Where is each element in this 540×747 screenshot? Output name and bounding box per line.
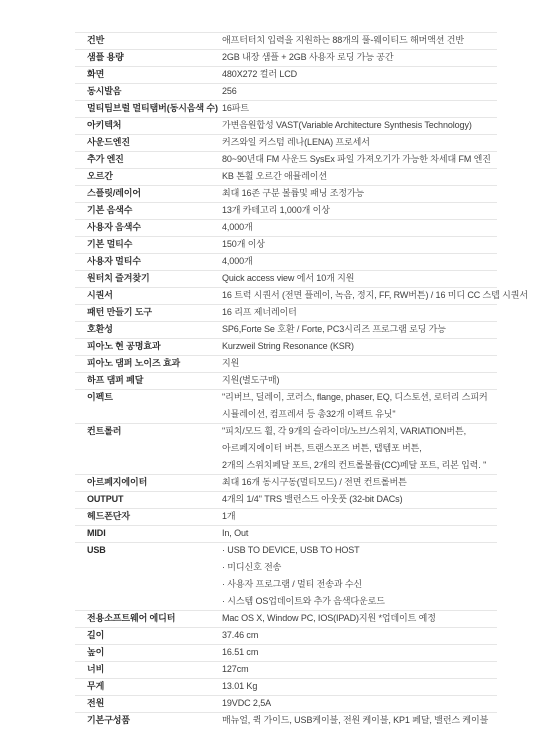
- spec-table-row: 하프 댐퍼 페달 지원(별도구매): [75, 372, 497, 389]
- spec-table-row: USB · USB TO DEVICE, USB TO HOST· 미디신호 전…: [75, 542, 497, 610]
- spec-table-row: 기본 음색수 13개 카테고리 1,000개 이상: [75, 202, 497, 219]
- spec-value-line: 13개 카테고리 1,000개 이상: [222, 202, 497, 219]
- spec-value-line: 애프터터치 입력을 지원하는 88개의 풀-웨이티드 해머액션 건반: [222, 32, 497, 49]
- spec-value: 4개의 1/4" TRS 밸런스드 아웃풋 (32-bit DACs): [222, 491, 497, 508]
- spec-table-row: 기본 멀티수 150개 이상: [75, 236, 497, 253]
- spec-label: 오르간: [75, 168, 222, 185]
- spec-value: 최대 16개 동시구동(멀티모드) / 전면 컨트롤버튼: [222, 474, 497, 491]
- spec-label: 컨트롤러: [75, 423, 222, 440]
- spec-value-line: 커즈와일 커스텀 레나(LENA) 프로세서: [222, 134, 497, 151]
- spec-value-line: Quick access view 에서 10개 지원: [222, 270, 497, 287]
- spec-table-row: 전용소프트웨어 에디터 Mac OS X, Window PC, IOS(IPA…: [75, 610, 497, 627]
- spec-table-row: 너비 127cm: [75, 661, 497, 678]
- spec-label: 사용자 음색수: [75, 219, 222, 236]
- spec-value: 커즈와일 커스텀 레나(LENA) 프로세서: [222, 134, 497, 151]
- spec-value-line: 최대 16개 동시구동(멀티모드) / 전면 컨트롤버튼: [222, 474, 497, 491]
- spec-value-line: KB 톤휠 오르간 애뮬레이션: [222, 168, 497, 185]
- spec-label: OUTPUT: [75, 491, 222, 508]
- spec-value-line: 아르페지에이터 버튼, 트랜스포즈 버튼, 탭템포 버튼,: [222, 440, 497, 457]
- spec-label: 길이: [75, 627, 222, 644]
- spec-value-line: In, Out: [222, 525, 497, 542]
- spec-value-line: · 미디신호 전송: [222, 559, 497, 576]
- spec-value: 13.01 Kg: [222, 678, 497, 695]
- spec-value: 16파트: [222, 100, 497, 117]
- spec-table-row: 전원 19VDC 2,5A: [75, 695, 497, 712]
- spec-value: 13개 카테고리 1,000개 이상: [222, 202, 497, 219]
- spec-label: 추가 엔진: [75, 151, 222, 168]
- spec-value-line: · 사용자 프로그램 / 멀티 전송과 수신: [222, 576, 497, 593]
- spec-label: 샘플 용량: [75, 49, 222, 66]
- spec-value: 16.51 cm: [222, 644, 497, 661]
- spec-value: Quick access view 에서 10개 지원: [222, 270, 497, 287]
- spec-label: 전원: [75, 695, 222, 712]
- spec-value: 480X272 컬러 LCD: [222, 66, 497, 83]
- spec-table-row: OUTPUT 4개의 1/4" TRS 밸런스드 아웃풋 (32-bit DAC…: [75, 491, 497, 508]
- spec-table-row: 컨트롤러 "피치/모드 휠, 각 9개의 슬라이더/노브/스위치, VARIAT…: [75, 423, 497, 474]
- spec-value: 256: [222, 83, 497, 100]
- spec-value-line: 19VDC 2,5A: [222, 695, 497, 712]
- spec-value-line: · 시스템 OS업데이트와 추가 음색다운로드: [222, 593, 497, 610]
- spec-table-row: 멀티팀브럴 멀티탬버(동시음색 수) 16파트: [75, 100, 497, 117]
- spec-table-row: 화면 480X272 컬러 LCD: [75, 66, 497, 83]
- spec-table-row: 기본구성품 매뉴얼, 퀵 가이드, USB케이블, 전원 케이블, KP1 페달…: [75, 712, 497, 729]
- spec-label: USB: [75, 542, 222, 559]
- spec-label: 호환성: [75, 321, 222, 338]
- spec-value: "리버브, 딜레이, 코러스, flange, phaser, EQ, 디스토션…: [222, 389, 497, 423]
- spec-value-line: "피치/모드 휠, 각 9개의 슬라이더/노브/스위치, VARIATION버튼…: [222, 423, 497, 440]
- spec-value-line: 256: [222, 83, 497, 100]
- spec-value-line: 최대 16존 구분 볼륨및 패닝 조정가능: [222, 185, 497, 202]
- spec-value: Kurzweil String Resonance (KSR): [222, 338, 497, 355]
- spec-table-row: 무게 13.01 Kg: [75, 678, 497, 695]
- spec-value-line: 13.01 Kg: [222, 678, 497, 695]
- spec-value: "피치/모드 휠, 각 9개의 슬라이더/노브/스위치, VARIATION버튼…: [222, 423, 497, 474]
- spec-value-line: 16 리프 제너레이터: [222, 304, 497, 321]
- spec-table: 건반 애프터터치 입력을 지원하는 88개의 풀-웨이티드 해머액션 건반 샘플…: [75, 32, 497, 729]
- spec-value-line: 150개 이상: [222, 236, 497, 253]
- spec-value-line: 80~90년대 FM 사운드 SysEx 파일 가져오기가 가능한 차세대 FM…: [222, 151, 497, 168]
- spec-table-row: 시퀀서 16 트럭 시퀀서 (전면 플레이, 녹음, 정지, FF, RW버튼)…: [75, 287, 497, 304]
- spec-label: 스플릿/레이어: [75, 185, 222, 202]
- spec-table-row: 아키텍처 가변음원합성 VAST(Variable Architecture S…: [75, 117, 497, 134]
- spec-value: 매뉴얼, 퀵 가이드, USB케이블, 전원 케이블, KP1 페달, 밸런스 …: [222, 712, 497, 729]
- spec-label: 사운드엔진: [75, 134, 222, 151]
- spec-value: 2GB 내장 샘플 + 2GB 사용자 로딩 가능 공간: [222, 49, 497, 66]
- spec-table-row: 아르페지에이터 최대 16개 동시구동(멀티모드) / 전면 컨트롤버튼: [75, 474, 497, 491]
- spec-label: 하프 댐퍼 페달: [75, 372, 222, 389]
- spec-label: 아르페지에이터: [75, 474, 222, 491]
- spec-value-line: 4,000개: [222, 253, 497, 270]
- spec-label: 건반: [75, 32, 222, 49]
- spec-label: 기본 멀티수: [75, 236, 222, 253]
- spec-table-row: 건반 애프터터치 입력을 지원하는 88개의 풀-웨이티드 해머액션 건반: [75, 32, 497, 49]
- spec-value: KB 톤휠 오르간 애뮬레이션: [222, 168, 497, 185]
- spec-value: 150개 이상: [222, 236, 497, 253]
- spec-label: 원터치 즐겨찾기: [75, 270, 222, 287]
- spec-value-line: 2개의 스위치페달 포트, 2개의 컨트롤볼륨(CC)페달 포트, 리본 입력.…: [222, 457, 497, 474]
- spec-label: 헤드폰단자: [75, 508, 222, 525]
- spec-table-row: 높이 16.51 cm: [75, 644, 497, 661]
- spec-table-row: 사용자 음색수 4,000개: [75, 219, 497, 236]
- spec-value-line: 시뮬레이션, 컴프레셔 등 총32개 이펙트 유닛": [222, 406, 497, 423]
- spec-table-row: MIDI In, Out: [75, 525, 497, 542]
- spec-label: 기본구성품: [75, 712, 222, 729]
- spec-value-line: Kurzweil String Resonance (KSR): [222, 338, 497, 355]
- spec-table-row: 스플릿/레이어 최대 16존 구분 볼륨및 패닝 조정가능: [75, 185, 497, 202]
- spec-table-row: 오르간 KB 톤휠 오르간 애뮬레이션: [75, 168, 497, 185]
- spec-value-line: 1개: [222, 508, 497, 525]
- spec-value-line: 16.51 cm: [222, 644, 497, 661]
- spec-value: 19VDC 2,5A: [222, 695, 497, 712]
- spec-value: 4,000개: [222, 219, 497, 236]
- spec-label: 너비: [75, 661, 222, 678]
- spec-table-row: 이펙트 "리버브, 딜레이, 코러스, flange, phaser, EQ, …: [75, 389, 497, 423]
- spec-value-line: 16파트: [222, 100, 497, 117]
- spec-label: 멀티팀브럴 멀티탬버(동시음색 수): [75, 100, 222, 117]
- spec-value: 127cm: [222, 661, 497, 678]
- spec-label: 화면: [75, 66, 222, 83]
- spec-label: 패턴 만들기 도구: [75, 304, 222, 321]
- spec-value: 지원: [222, 355, 497, 372]
- spec-label: 기본 음색수: [75, 202, 222, 219]
- spec-value-line: SP6,Forte Se 호환 / Forte, PC3시리즈 프로그램 로딩 …: [222, 321, 497, 338]
- spec-value: 지원(별도구매): [222, 372, 497, 389]
- spec-value-line: 2GB 내장 샘플 + 2GB 사용자 로딩 가능 공간: [222, 49, 497, 66]
- spec-table-row: 패턴 만들기 도구 16 리프 제너레이터: [75, 304, 497, 321]
- spec-value-line: 지원(별도구매): [222, 372, 497, 389]
- spec-value-line: 가변음원합성 VAST(Variable Architecture Synthe…: [222, 117, 497, 134]
- spec-label: 높이: [75, 644, 222, 661]
- spec-value: SP6,Forte Se 호환 / Forte, PC3시리즈 프로그램 로딩 …: [222, 321, 497, 338]
- spec-value-line: 4개의 1/4" TRS 밸런스드 아웃풋 (32-bit DACs): [222, 491, 497, 508]
- spec-value-line: 16 트럭 시퀀서 (전면 플레이, 녹음, 정지, FF, RW버튼) / 1…: [222, 287, 497, 304]
- spec-value-line: 37.46 cm: [222, 627, 497, 644]
- spec-table-row: 샘플 용량 2GB 내장 샘플 + 2GB 사용자 로딩 가능 공간: [75, 49, 497, 66]
- spec-label: 이펙트: [75, 389, 222, 406]
- spec-value: 37.46 cm: [222, 627, 497, 644]
- spec-value: 16 리프 제너레이터: [222, 304, 497, 321]
- spec-table-row: 피아노 댐퍼 노이즈 효과 지원: [75, 355, 497, 372]
- spec-label: 피아노 현 공명효과: [75, 338, 222, 355]
- spec-label: 무게: [75, 678, 222, 695]
- spec-table-row: 사운드엔진 커즈와일 커스텀 레나(LENA) 프로세서: [75, 134, 497, 151]
- spec-value: 16 트럭 시퀀서 (전면 플레이, 녹음, 정지, FF, RW버튼) / 1…: [222, 287, 497, 304]
- spec-value: 4,000개: [222, 253, 497, 270]
- spec-value: In, Out: [222, 525, 497, 542]
- spec-value: 최대 16존 구분 볼륨및 패닝 조정가능: [222, 185, 497, 202]
- spec-table-row: 길이 37.46 cm: [75, 627, 497, 644]
- spec-table-row: 동시발음 256: [75, 83, 497, 100]
- spec-value-line: 지원: [222, 355, 497, 372]
- spec-value: Mac OS X, Window PC, IOS(IPAD)지원 *업데이트 예…: [222, 610, 497, 627]
- spec-label: 아키텍처: [75, 117, 222, 134]
- spec-value: 가변음원합성 VAST(Variable Architecture Synthe…: [222, 117, 497, 134]
- spec-value-line: 480X272 컬러 LCD: [222, 66, 497, 83]
- spec-label: 시퀀서: [75, 287, 222, 304]
- spec-value-line: · USB TO DEVICE, USB TO HOST: [222, 542, 497, 559]
- spec-table-row: 헤드폰단자 1개: [75, 508, 497, 525]
- spec-label: 동시발음: [75, 83, 222, 100]
- spec-table-row: 사용자 멀티수 4,000개: [75, 253, 497, 270]
- spec-table-row: 피아노 현 공명효과 Kurzweil String Resonance (KS…: [75, 338, 497, 355]
- spec-value-line: 127cm: [222, 661, 497, 678]
- spec-value: 애프터터치 입력을 지원하는 88개의 풀-웨이티드 해머액션 건반: [222, 32, 497, 49]
- spec-value-line: "리버브, 딜레이, 코러스, flange, phaser, EQ, 디스토션…: [222, 389, 497, 406]
- spec-label: 피아노 댐퍼 노이즈 효과: [75, 355, 222, 372]
- spec-value: 80~90년대 FM 사운드 SysEx 파일 가져오기가 가능한 차세대 FM…: [222, 151, 497, 168]
- spec-label: 전용소프트웨어 에디터: [75, 610, 222, 627]
- spec-label: 사용자 멀티수: [75, 253, 222, 270]
- spec-table-row: 추가 엔진 80~90년대 FM 사운드 SysEx 파일 가져오기가 가능한 …: [75, 151, 497, 168]
- spec-label: MIDI: [75, 525, 222, 542]
- spec-value-line: Mac OS X, Window PC, IOS(IPAD)지원 *업데이트 예…: [222, 610, 497, 627]
- spec-table-row: 호환성 SP6,Forte Se 호환 / Forte, PC3시리즈 프로그램…: [75, 321, 497, 338]
- spec-value: · USB TO DEVICE, USB TO HOST· 미디신호 전송· 사…: [222, 542, 497, 610]
- spec-value: 1개: [222, 508, 497, 525]
- spec-value-line: 매뉴얼, 퀵 가이드, USB케이블, 전원 케이블, KP1 페달, 밸런스 …: [222, 712, 497, 729]
- spec-table-row: 원터치 즐겨찾기 Quick access view 에서 10개 지원: [75, 270, 497, 287]
- spec-value-line: 4,000개: [222, 219, 497, 236]
